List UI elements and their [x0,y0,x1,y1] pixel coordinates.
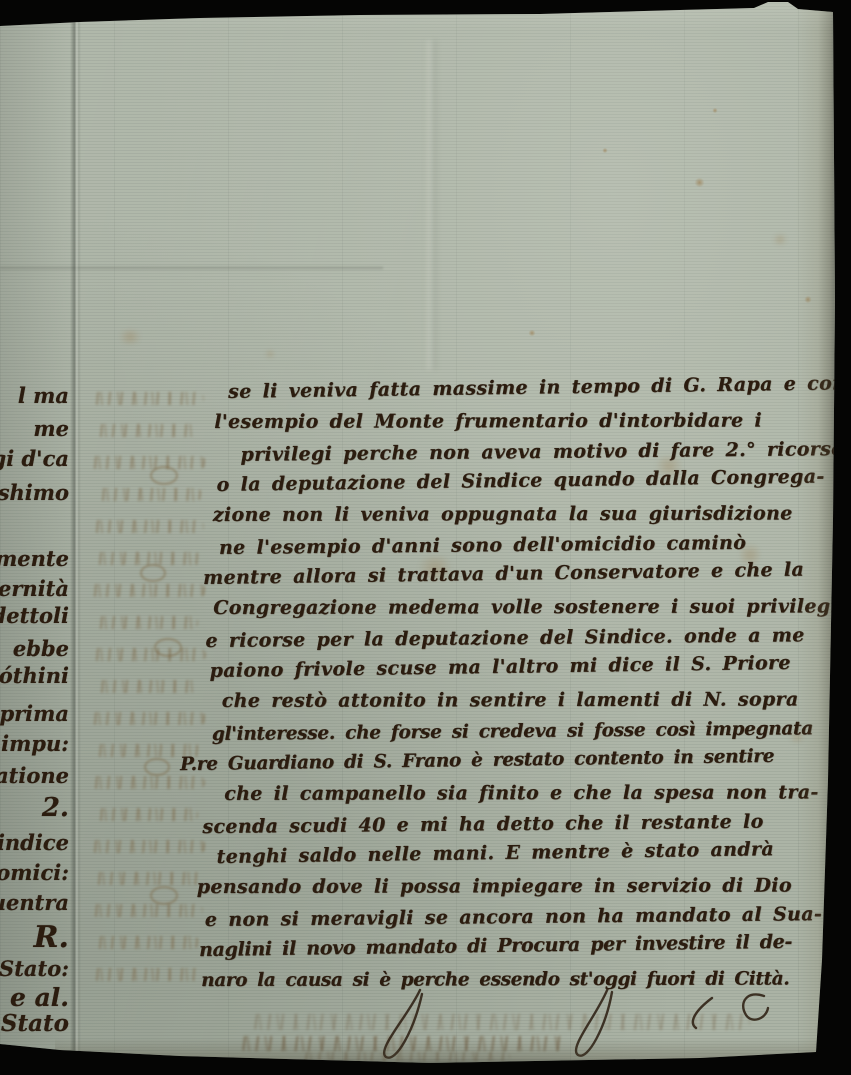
adjacent-line-fragment: l Stato: [0,956,69,981]
deckle-edge-right [796,6,836,1058]
letter-body: se li veniva fatta massime in tempo di G… [206,374,829,997]
adjacent-line-fragment: ebbe [13,636,69,661]
adjacent-line-fragment: 2. [42,793,69,823]
adjacent-line-fragment: indice [0,830,69,855]
manuscript-line: che restò attonito in sentire i lamenti … [222,684,828,717]
manuscript-photo: l ma me gi d'ca eshimo mente aternità de… [0,0,851,1075]
adjacent-line-fragment: l ma [18,383,69,408]
adjacent-line-fragment: e al. [10,983,69,1012]
adjacent-line-fragment: eshimo [0,480,69,505]
paper-top-highlight [0,0,851,30]
manuscript-line: che il campanello sia finito e che la sp… [224,777,828,810]
foxing-stain [694,178,705,187]
adjacent-line-fragment: R. [34,920,69,955]
manuscript-line: zione non li veniva oppugnata la sua giu… [213,498,827,531]
adjacent-line-fragment: dettoli [0,603,69,628]
adjacent-line-fragment: aternità [0,576,69,601]
foxing-stain [772,234,788,245]
foxing-stain [264,350,276,358]
foxing-stain [528,330,536,336]
foxing-stain [602,148,608,153]
adjacent-line-fragment: mente [0,546,69,571]
adjacent-line-fragment: uentra [0,890,69,915]
adjacent-page-edge: l ma me gi d'ca eshimo mente aternità de… [0,0,73,1075]
vertical-wrinkle [425,40,439,370]
foxing-stain [116,330,144,344]
page-fold-crease [70,0,81,1075]
adjacent-line-fragment: ntatione [0,763,69,788]
manuscript-line: l'esempio del Monte frumentario d'intorb… [214,405,826,438]
deckle-edge-bottom [55,1038,825,1066]
manuscript-line: pensando dove li possa impiegare in serv… [197,870,829,903]
adjacent-line-fragment: n omici: [0,860,69,885]
manuscript-line: Congregazione medema volle sostenere i s… [213,591,827,624]
adjacent-line-fragment: me [33,416,69,441]
adjacent-line-fragment: d'impu: [0,731,69,756]
manuscript-line: se li veniva fatta massime in tempo di G… [228,369,826,408]
paper-sheet: l ma me gi d'ca eshimo mente aternità de… [0,0,851,1075]
adjacent-line-fragment: prima [0,701,69,726]
adjacent-line-fragment: Stato [1,1010,69,1037]
adjacent-line-fragment: óthini [0,663,69,688]
adjacent-line-fragment: gi d'ca [0,446,69,471]
foxing-stain [712,108,718,113]
